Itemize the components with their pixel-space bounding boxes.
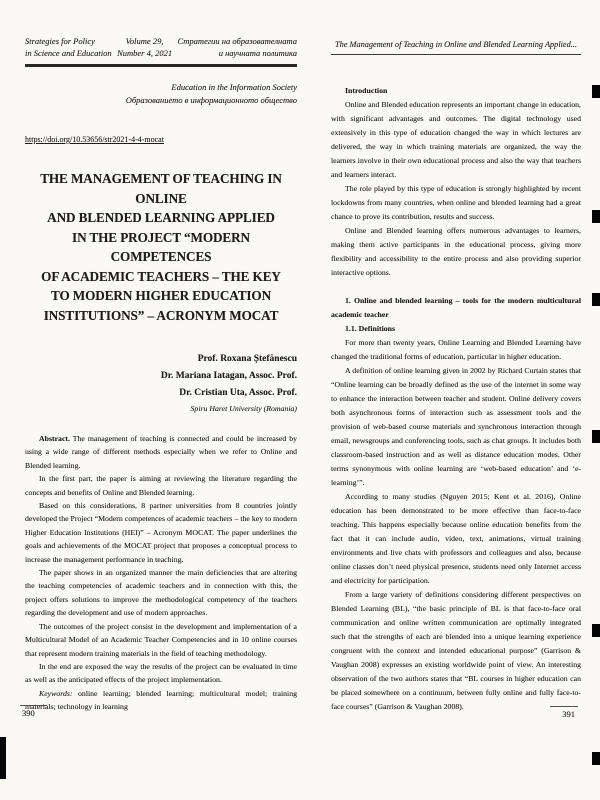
article-body: Introduction Online and Blended educatio… (331, 84, 581, 714)
body-paragraph: Online and Blended education represents … (331, 98, 581, 182)
abstract-paragraph: Abstract. The management of teaching is … (25, 432, 297, 472)
volume-line2: Number 4, 2021 (117, 48, 172, 60)
folio-rule (550, 706, 578, 707)
right-page: The Management of Teaching in Online and… (331, 40, 581, 714)
journal-name-en-line1: Strategies for Policy (25, 36, 112, 48)
body-paragraph: A definition of online learning given in… (331, 364, 581, 490)
running-head: The Management of Teaching in Online and… (331, 40, 581, 55)
author-name: Dr. Cristian Uta, Assoc. Prof. (25, 385, 297, 402)
scan-artifact-right-3 (592, 293, 600, 306)
journal-header: Strategies for Policy in Science and Edu… (25, 36, 297, 67)
page-number-right-value: 391 (550, 709, 578, 719)
section-heading-1-1: 1.1. Definitions (331, 322, 581, 336)
journal-name-bg: Стратегии на образователната и научната … (178, 36, 298, 59)
article-title-line: AND BLENDED LEARNING APPLIED (25, 208, 297, 228)
body-paragraph: According to many studies (Nguyen 2015; … (331, 490, 581, 588)
article-title-line: TO MODERN HIGHER EDUCATION (25, 286, 297, 306)
series-title-en: Education in the Information Society (25, 81, 297, 94)
body-paragraph: From a large variety of definitions cons… (331, 588, 581, 714)
journal-name-bg-line1: Стратегии на образователната (178, 36, 298, 48)
page-number-right: 391 (550, 706, 578, 719)
article-title-line: INSTITUTIONS” – ACRONYM MOCAT (25, 306, 297, 326)
article-title: THE MANAGEMENT OF TEACHING IN ONLINE AND… (25, 169, 297, 325)
abstract-paragraph: The outcomes of the project consist in t… (25, 620, 297, 660)
affiliation: Spiru Haret University (Romania) (25, 404, 297, 413)
article-title-line: THE MANAGEMENT OF TEACHING IN ONLINE (25, 169, 297, 208)
scan-artifact-right-2 (592, 210, 600, 223)
series-title: Education in the Information Society Обр… (25, 81, 297, 107)
journal-name-en-line2: in Science and Education (25, 48, 112, 60)
section-heading-1: 1. Online and blended learning – tools f… (331, 294, 581, 322)
abstract-paragraph: In the first part, the paper is aiming a… (25, 472, 297, 499)
journal-name-en: Strategies for Policy in Science and Edu… (25, 36, 112, 59)
article-title-line: OF ACADEMIC TEACHERS – THE KEY (25, 267, 297, 287)
doi-link[interactable]: https://doi.org/10.53656/str2021-4-4-moc… (25, 135, 164, 144)
scan-artifact-right-5 (592, 624, 600, 637)
abstract-label: Abstract. (39, 434, 70, 443)
abstract-paragraph: The paper shows in an organized manner t… (25, 566, 297, 620)
scan-artifact-right-1 (592, 85, 600, 98)
page-number-left: 390 (20, 705, 47, 718)
left-page: Strategies for Policy in Science and Edu… (25, 36, 297, 714)
series-title-bg: Образованието в информационното общество (25, 94, 297, 107)
journal-name-bg-line2: и научната политика (178, 48, 298, 60)
author-name: Dr. Mariana Iatagan, Assoc. Prof. (25, 368, 297, 385)
article-title-line: IN THE PROJECT “MODERN COMPETENCES (25, 228, 297, 267)
abstract-paragraph: Based on this considerations, 8 partner … (25, 499, 297, 566)
keywords: Keywords: online learning; blended learn… (25, 687, 297, 714)
folio-rule (20, 705, 47, 706)
body-paragraph: Online and Blended learning offers numer… (331, 224, 581, 280)
scan-artifact-left-bottom (0, 737, 6, 779)
body-paragraph: For more than twenty years, Online Learn… (331, 336, 581, 364)
abstract-paragraph: In the end are exposed the way the resul… (25, 660, 297, 687)
body-paragraph: The role played by this type of educatio… (331, 182, 581, 224)
authors-block: Prof. Roxana Ștefănescu Dr. Mariana Iata… (25, 351, 297, 402)
section-heading-introduction: Introduction (331, 84, 581, 98)
volume-line1: Volume 29, (117, 36, 172, 48)
author-name: Prof. Roxana Ștefănescu (25, 351, 297, 368)
abstract-section: Abstract. The management of teaching is … (25, 432, 297, 714)
scan-artifact-right-4 (592, 430, 600, 443)
keywords-label: Keywords: (39, 689, 73, 698)
scan-artifact-right-6 (592, 752, 600, 765)
page-number-left-value: 390 (20, 708, 47, 718)
volume-info: Volume 29, Number 4, 2021 (117, 36, 172, 59)
